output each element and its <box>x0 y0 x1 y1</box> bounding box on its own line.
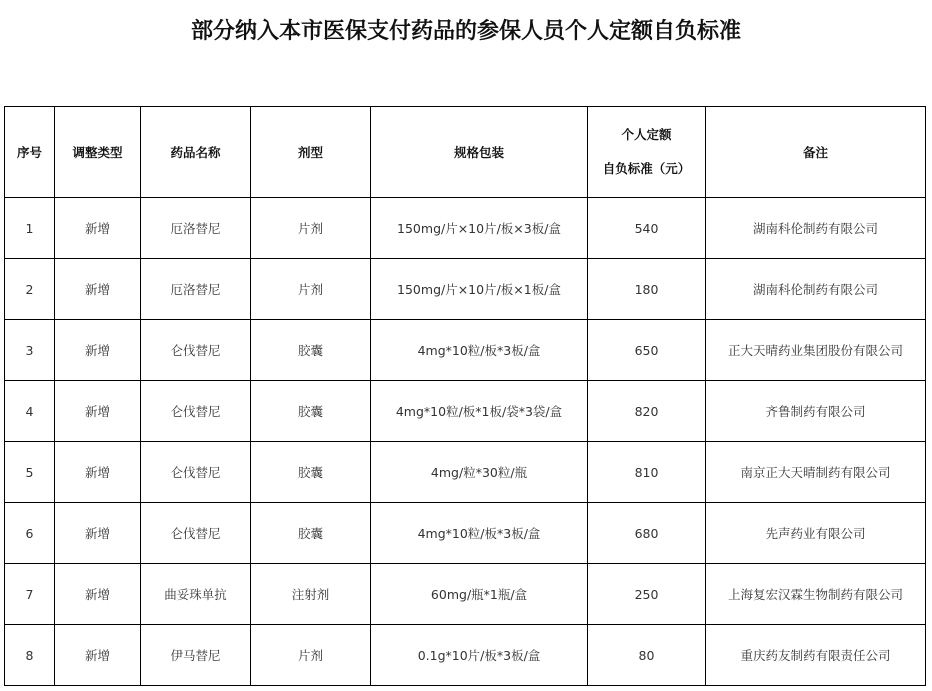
table-row: 6 新增 仑伐替尼 胶囊 4mg*10粒/板*3板/盒 680 先声药业有限公司 <box>5 503 926 564</box>
cell-spec: 4mg/粒*30粒/瓶 <box>371 442 588 503</box>
cell-drug-name: 伊马替尼 <box>141 625 251 686</box>
cell-dosage-form: 胶囊 <box>251 320 371 381</box>
page-title: 部分纳入本市医保支付药品的参保人员个人定额自负标准 <box>0 14 932 45</box>
cell-index: 7 <box>5 564 55 625</box>
table-row: 4 新增 仑伐替尼 胶囊 4mg*10粒/板*1板/袋*3袋/盒 820 齐鲁制… <box>5 381 926 442</box>
cell-dosage-form: 胶囊 <box>251 381 371 442</box>
cell-drug-name: 仑伐替尼 <box>141 320 251 381</box>
cell-spec: 4mg*10粒/板*1板/袋*3袋/盒 <box>371 381 588 442</box>
cell-remark: 齐鲁制药有限公司 <box>706 381 926 442</box>
cell-drug-name: 厄洛替尼 <box>141 259 251 320</box>
cell-dosage-form: 注射剂 <box>251 564 371 625</box>
cell-index: 2 <box>5 259 55 320</box>
cell-dosage-form: 片剂 <box>251 625 371 686</box>
header-index: 序号 <box>5 107 55 198</box>
table-row: 5 新增 仑伐替尼 胶囊 4mg/粒*30粒/瓶 810 南京正大天晴制药有限公… <box>5 442 926 503</box>
cell-standard: 650 <box>588 320 706 381</box>
table-row: 3 新增 仑伐替尼 胶囊 4mg*10粒/板*3板/盒 650 正大天晴药业集团… <box>5 320 926 381</box>
cell-dosage-form: 片剂 <box>251 198 371 259</box>
cell-adjust-type: 新增 <box>55 198 141 259</box>
table-row: 1 新增 厄洛替尼 片剂 150mg/片×10片/板×3板/盒 540 湖南科伦… <box>5 198 926 259</box>
cell-drug-name: 仑伐替尼 <box>141 442 251 503</box>
cell-adjust-type: 新增 <box>55 503 141 564</box>
cell-standard: 820 <box>588 381 706 442</box>
cell-spec: 4mg*10粒/板*3板/盒 <box>371 320 588 381</box>
cell-spec: 60mg/瓶*1瓶/盒 <box>371 564 588 625</box>
cell-adjust-type: 新增 <box>55 259 141 320</box>
cell-index: 3 <box>5 320 55 381</box>
cell-standard: 80 <box>588 625 706 686</box>
cell-index: 5 <box>5 442 55 503</box>
header-remark: 备注 <box>706 107 926 198</box>
cell-drug-name: 曲妥珠单抗 <box>141 564 251 625</box>
header-adjust-type: 调整类型 <box>55 107 141 198</box>
header-standard: 个人定额 自负标准（元） <box>588 107 706 198</box>
cell-spec: 150mg/片×10片/板×1板/盒 <box>371 259 588 320</box>
header-standard-line2: 自负标准（元） <box>588 152 705 186</box>
cell-remark: 南京正大天晴制药有限公司 <box>706 442 926 503</box>
cell-remark: 先声药业有限公司 <box>706 503 926 564</box>
header-standard-line1: 个人定额 <box>588 118 705 152</box>
cell-index: 6 <box>5 503 55 564</box>
cell-spec: 0.1g*10片/板*3板/盒 <box>371 625 588 686</box>
cell-remark: 重庆药友制药有限责任公司 <box>706 625 926 686</box>
cell-index: 1 <box>5 198 55 259</box>
cell-adjust-type: 新增 <box>55 442 141 503</box>
table-row: 8 新增 伊马替尼 片剂 0.1g*10片/板*3板/盒 80 重庆药友制药有限… <box>5 625 926 686</box>
cell-standard: 180 <box>588 259 706 320</box>
cell-index: 4 <box>5 381 55 442</box>
cell-spec: 150mg/片×10片/板×3板/盒 <box>371 198 588 259</box>
cell-drug-name: 仑伐替尼 <box>141 503 251 564</box>
cell-standard: 810 <box>588 442 706 503</box>
cell-dosage-form: 片剂 <box>251 259 371 320</box>
header-drug-name: 药品名称 <box>141 107 251 198</box>
cell-adjust-type: 新增 <box>55 625 141 686</box>
cell-remark: 正大天晴药业集团股份有限公司 <box>706 320 926 381</box>
cell-dosage-form: 胶囊 <box>251 442 371 503</box>
cell-adjust-type: 新增 <box>55 381 141 442</box>
cell-standard: 540 <box>588 198 706 259</box>
cell-drug-name: 仑伐替尼 <box>141 381 251 442</box>
cell-drug-name: 厄洛替尼 <box>141 198 251 259</box>
cell-remark: 上海复宏汉霖生物制药有限公司 <box>706 564 926 625</box>
header-dosage-form: 剂型 <box>251 107 371 198</box>
cell-spec: 4mg*10粒/板*3板/盒 <box>371 503 588 564</box>
table-row: 7 新增 曲妥珠单抗 注射剂 60mg/瓶*1瓶/盒 250 上海复宏汉霖生物制… <box>5 564 926 625</box>
cell-adjust-type: 新增 <box>55 320 141 381</box>
cell-remark: 湖南科伦制药有限公司 <box>706 198 926 259</box>
table-row: 2 新增 厄洛替尼 片剂 150mg/片×10片/板×1板/盒 180 湖南科伦… <box>5 259 926 320</box>
cell-standard: 250 <box>588 564 706 625</box>
cell-dosage-form: 胶囊 <box>251 503 371 564</box>
header-spec: 规格包装 <box>371 107 588 198</box>
table-header-row: 序号 调整类型 药品名称 剂型 规格包装 个人定额 自负标准（元） 备注 <box>5 107 926 198</box>
cell-remark: 湖南科伦制药有限公司 <box>706 259 926 320</box>
cell-index: 8 <box>5 625 55 686</box>
drug-standard-table: 序号 调整类型 药品名称 剂型 规格包装 个人定额 自负标准（元） 备注 1 新… <box>4 106 926 686</box>
cell-adjust-type: 新增 <box>55 564 141 625</box>
cell-standard: 680 <box>588 503 706 564</box>
